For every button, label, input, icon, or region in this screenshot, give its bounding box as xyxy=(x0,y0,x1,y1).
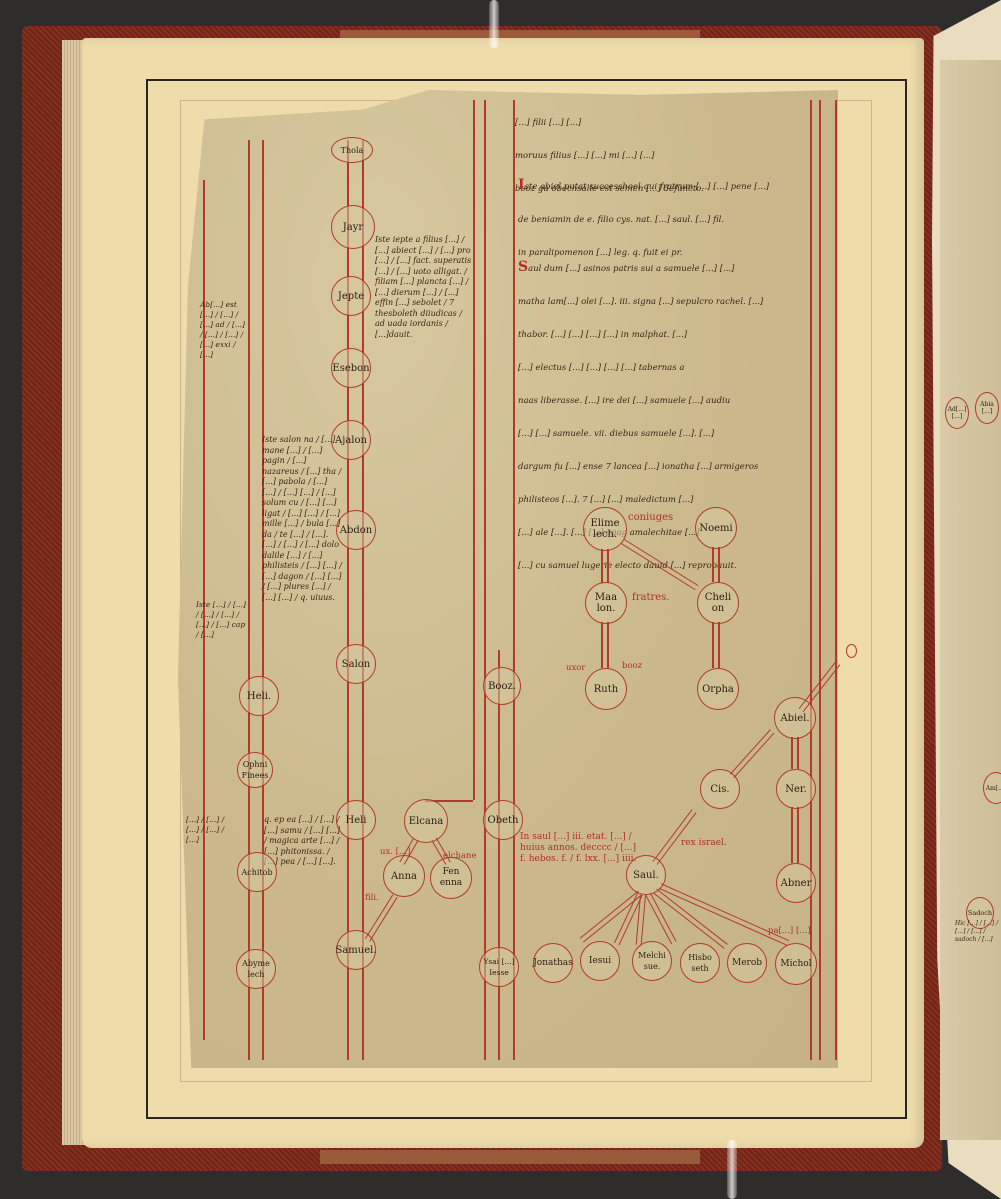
text-line: thabor. [...] [...] [...] [...] in malph… xyxy=(518,330,818,341)
node-achitob: Achitob xyxy=(237,852,277,892)
label-filius: fili. xyxy=(365,893,379,904)
text-line: [...] filii [...] [...] xyxy=(515,118,815,129)
label-fratres: fratres. xyxy=(632,592,669,603)
node-ner: Ner. xyxy=(776,769,816,809)
node-abner: Abner xyxy=(776,863,816,903)
salon-note: Iste salon na / [...] mane [...] / [...]… xyxy=(262,435,342,603)
node-salon: Salon xyxy=(336,644,376,684)
node-ophni-finees: Ophni Finees xyxy=(237,752,273,788)
node-booz: Booz. xyxy=(483,667,521,705)
text-line: [...] [...] samuele. vii. diebus samuele… xyxy=(518,429,818,440)
node-jayr: Jayr xyxy=(331,205,375,249)
heli-note: q. ep ea [...] / [...] / [...] samu / [.… xyxy=(264,815,344,868)
text-line: aul dum [...] asinos patris sui a samuel… xyxy=(528,264,734,274)
right-page-note: Hic [...] / [...] / [...] / [...] / sado… xyxy=(955,920,1001,944)
text-line: [...] electus [...] [...] [...] [...] ta… xyxy=(518,363,818,374)
text-line: [...] ale [...]. [...] [...] agag amalec… xyxy=(518,528,818,539)
node-ruth: Ruth xyxy=(585,668,627,710)
text-line: de beniamin de e. filio cys. nat. [...] … xyxy=(518,215,818,226)
left-note-3: [...] / [...] / [...] / [...] / [...] xyxy=(186,815,238,845)
node-abimelech: Abyme lech xyxy=(236,949,276,989)
node-noemi: Noemi xyxy=(695,507,737,549)
node-michol: Michol xyxy=(775,943,817,985)
label-booz: booz xyxy=(622,661,642,672)
label-coniuges: coniuges xyxy=(628,512,673,523)
spine-bottom xyxy=(320,1150,700,1164)
facing-leaf xyxy=(940,60,1001,1140)
node-thola: Thola xyxy=(331,137,373,163)
node-maalon: Maa lon. xyxy=(585,582,627,624)
left-note-2: Iste [...] / [...] / [...] / [...] / [..… xyxy=(196,600,246,640)
saul-reign-label: In saul [...] iii. etat. [...] / huius a… xyxy=(520,832,640,865)
label-rex: rex israel. xyxy=(681,838,727,849)
tie-loop xyxy=(846,644,857,658)
node-ysai: Ysai [...] Iesse xyxy=(479,947,519,987)
node-elimelech: Elime lech. xyxy=(583,507,627,551)
text-line: matha lam[...] olei [...]. iii. signa [.… xyxy=(518,297,818,308)
text-line: philisteos [...]. 7 [...] [...] maledict… xyxy=(518,495,818,506)
text-line: naas liberasse. [...] ire dei [...] samu… xyxy=(518,396,818,407)
text-line: ste abiel putat successhoel qui fratrum … xyxy=(525,182,769,192)
rubric-initial: S xyxy=(518,259,528,275)
left-note-1: Ab[...] est [...] / [...] / [...] ad / [… xyxy=(200,300,246,360)
node-right-2: Abia [...] xyxy=(975,392,999,424)
node-obeth: Obeth xyxy=(483,800,523,840)
saul-note: Saul dum [...] asinos patris sui a samue… xyxy=(518,240,818,583)
node-orpha: Orpha xyxy=(697,668,739,710)
node-jonathas: Jonathas xyxy=(533,943,573,983)
node-melchisue: Melchi sue. xyxy=(632,941,672,981)
support-pin-top xyxy=(489,0,499,48)
text-line: dargum fu [...] ense 7 lancea [...] iona… xyxy=(518,462,818,473)
support-pin-bottom xyxy=(727,1140,737,1199)
node-merob: Merob xyxy=(727,943,767,983)
node-chelion: Cheli on xyxy=(697,582,739,624)
node-hisboseth: Hisbo seth xyxy=(680,943,720,983)
node-iesui: Iesui xyxy=(580,941,620,981)
node-heli-left: Heli. xyxy=(239,676,279,716)
label-uxor: uxor xyxy=(566,663,585,674)
node-esebon: Esebon xyxy=(331,348,371,388)
node-right-1: Ad[...] [...] xyxy=(945,397,969,429)
node-fenenna: Fen enna xyxy=(430,857,472,899)
node-elcana: Elcana xyxy=(404,799,448,843)
jepte-note: Iste iepte a filius [...] / [...] abiect… xyxy=(375,235,473,340)
node-jepte: Jepte xyxy=(331,276,371,316)
